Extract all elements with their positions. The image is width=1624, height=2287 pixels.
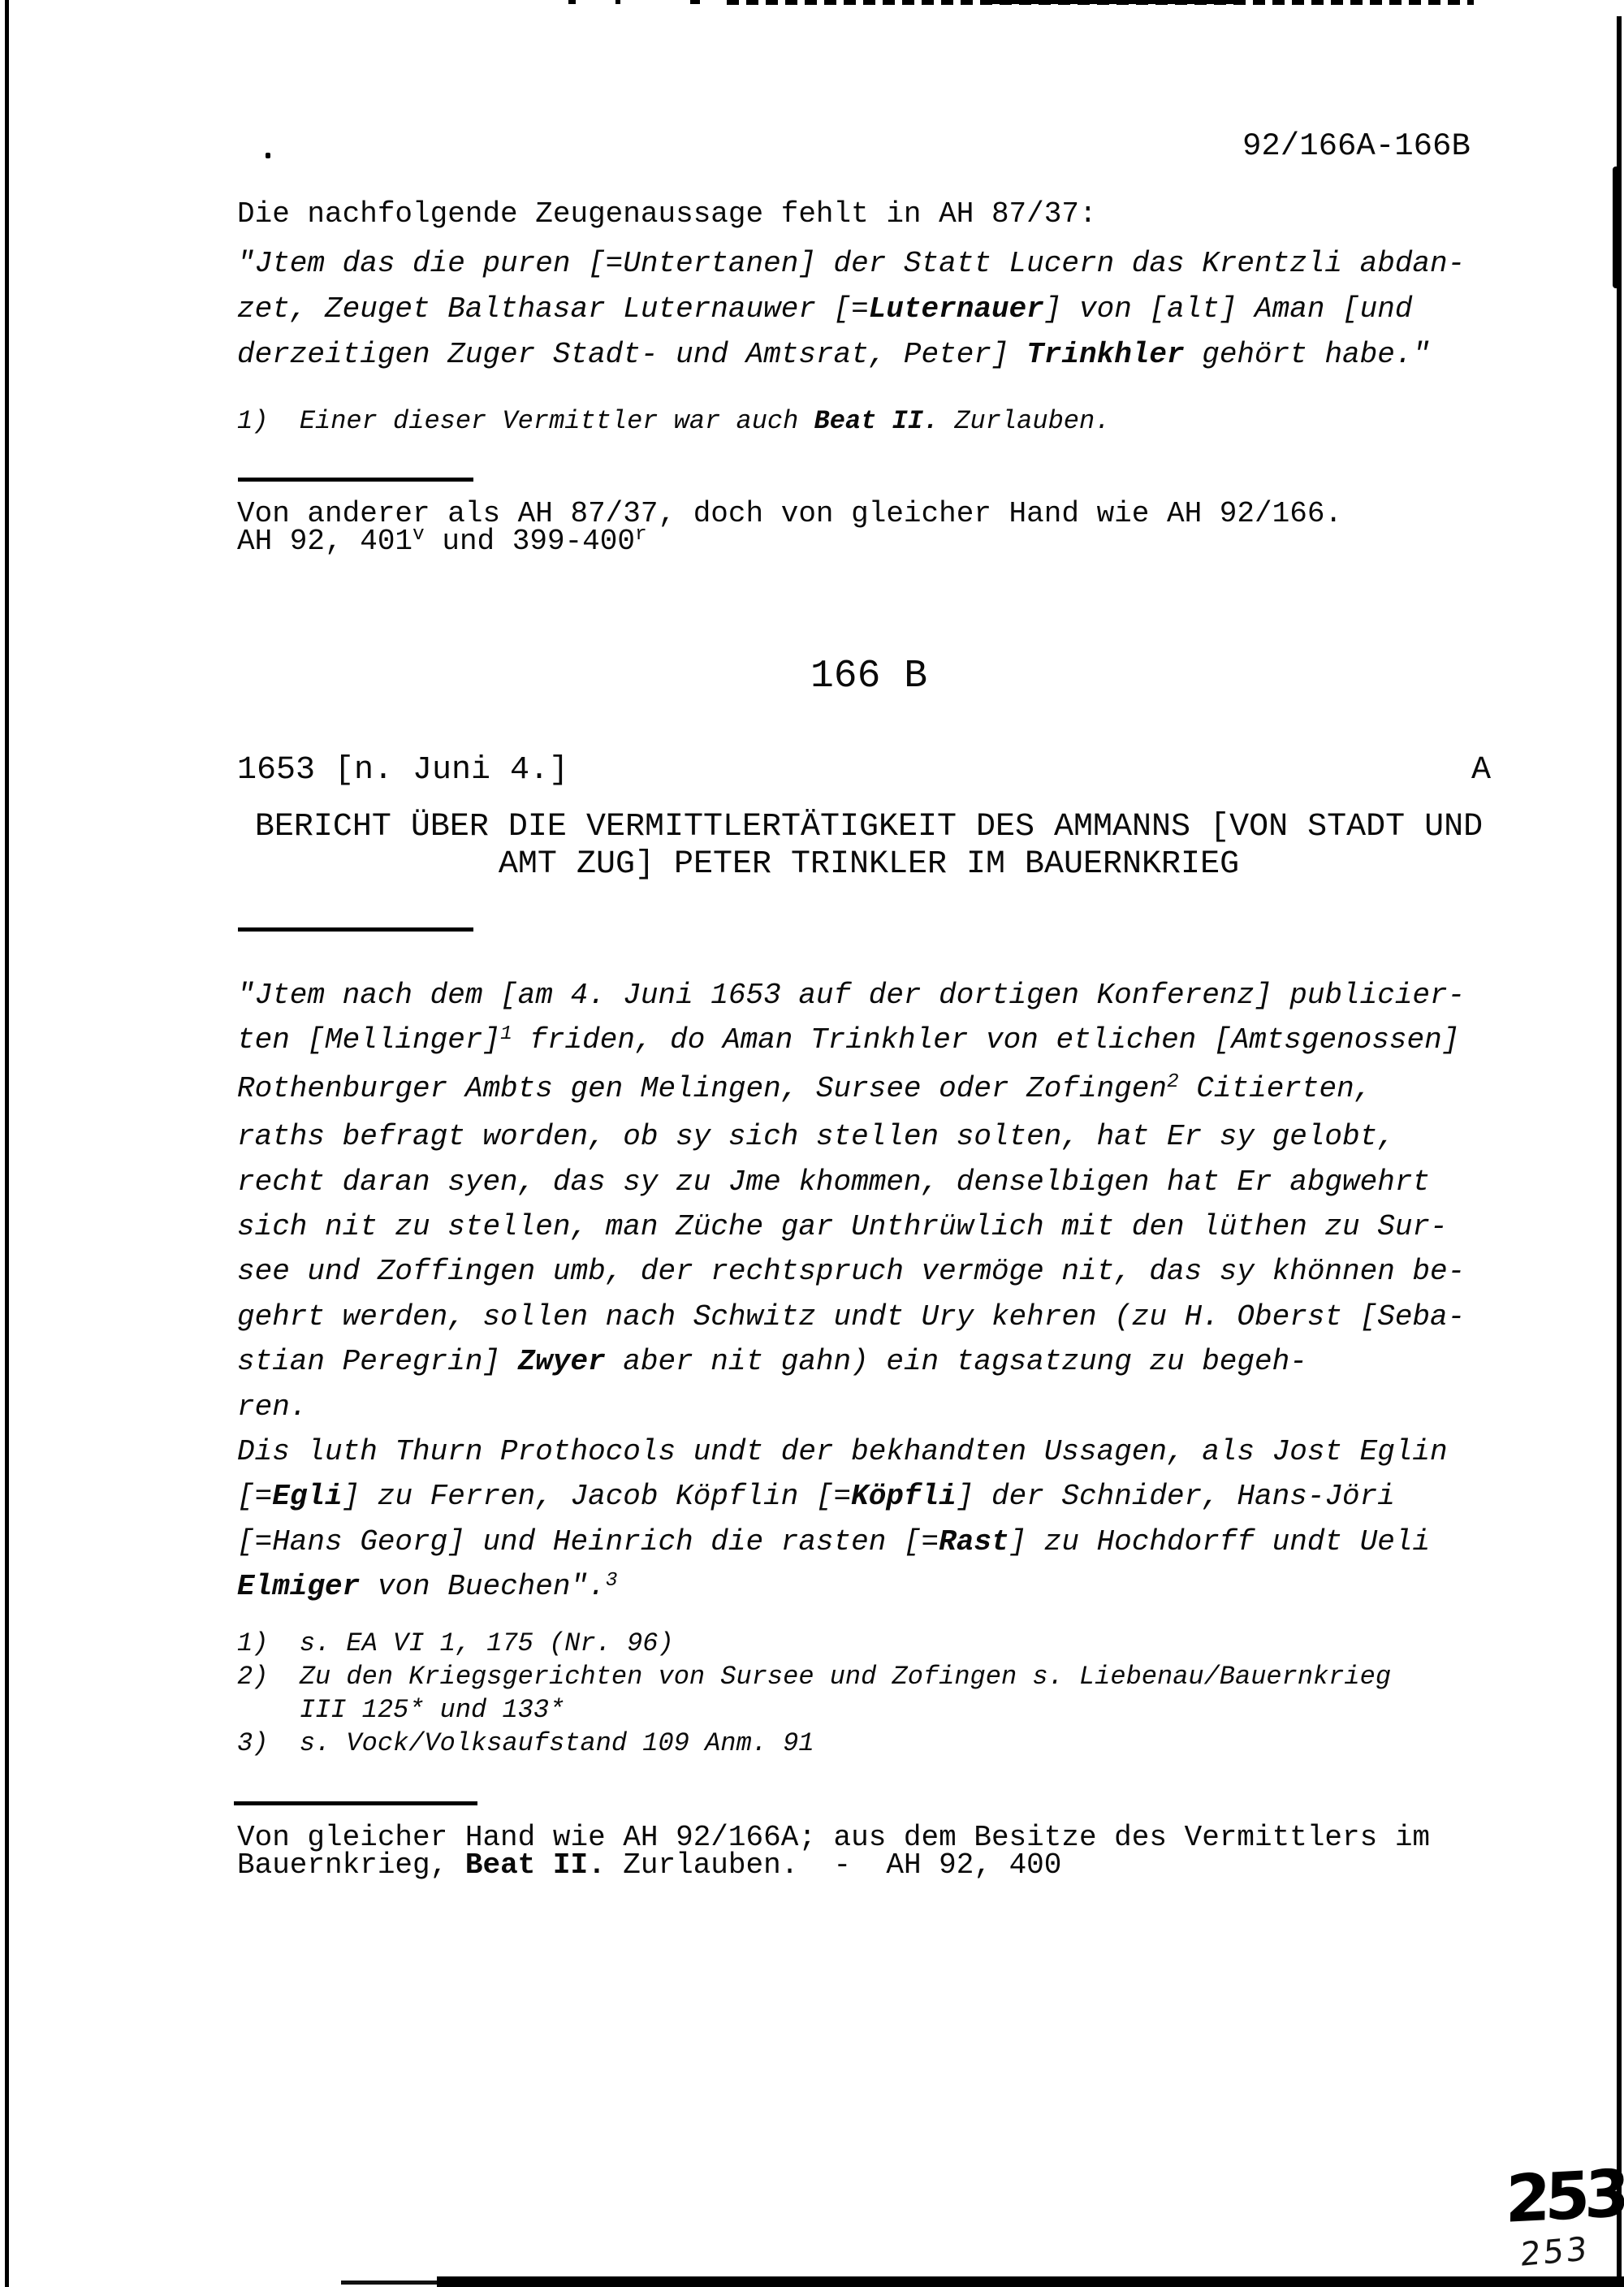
quote-b-line-14-text: von Buechen". xyxy=(360,1570,605,1603)
quote-b-line-12-text: ] der Schnider, Hans-Jöri xyxy=(957,1480,1395,1513)
quote-a-line-3: derzeitigen Zuger Stadt- und Amtsrat, Pe… xyxy=(237,332,1465,378)
name-beat-ii: Beat II. xyxy=(814,406,939,436)
folio-ref: und 399-400 xyxy=(425,525,635,558)
name-trinkhler: Trinkhler xyxy=(1026,338,1184,371)
quote-b-line-13-text: ] zu Hochdorff undt Ueli xyxy=(1009,1525,1430,1559)
footnote-ref-3: 3 xyxy=(606,1570,618,1592)
footnotes-entry-b: 1) s. EA VI 1, 175 (Nr. 96) 2) Zu den Kr… xyxy=(237,1627,1391,1760)
footnote-text: 1) Einer dieser Vermittler war auch xyxy=(237,406,814,436)
scan-edge-right-blot xyxy=(1613,166,1622,288)
footnote-separator-rule xyxy=(238,478,473,482)
archive-siglum: A xyxy=(1471,752,1491,789)
entry-title-line-2: AMT ZUG] PETER TRINKLER IM BAUERNKRIEG xyxy=(237,846,1501,884)
provenance-text: Bauernkrieg, xyxy=(237,1848,465,1882)
name-rast: Rast xyxy=(939,1525,1009,1559)
name-egli: Egli xyxy=(272,1480,342,1513)
folio-ref: AH 92, 401 xyxy=(237,525,412,558)
footnote-ref-1: 1 xyxy=(500,1023,512,1045)
page-ref: 92/166A-166B xyxy=(1242,128,1471,164)
quote-a-line-3-text: derzeitigen Zuger Stadt- und Amtsrat, Pe… xyxy=(237,338,1026,371)
quote-b-line-3-text: Citierten, xyxy=(1179,1072,1372,1105)
quote-a-line-3-text: gehört habe." xyxy=(1185,338,1430,371)
scan-edge-top-mark xyxy=(690,0,700,4)
quote-b-line-3-text: Rothenburger Ambts gen Melingen, Sursee … xyxy=(237,1072,1167,1105)
footnote-3-entry-b: 3) s. Vock/Volksaufstand 109 Anm. 91 xyxy=(237,1727,1391,1760)
quote-b-line-5: recht daran syen, das sy zu Jme khommen,… xyxy=(237,1160,1465,1204)
provenance-b-line-2: Bauernkrieg, Beat II. Zurlauben. - AH 92… xyxy=(237,1852,1430,1879)
scanned-document-page: 92/166A-166B Die nachfolgende Zeugenauss… xyxy=(0,0,1624,2287)
provenance-entry-a: Von anderer als AH 87/37, doch von gleic… xyxy=(237,500,1342,559)
entry-date: 1653 [n. Juni 4.] xyxy=(237,752,568,789)
quote-b-line-3: Rothenburger Ambts gen Melingen, Sursee … xyxy=(237,1066,1465,1114)
footnote-1-entry-a: 1) Einer dieser Vermittler war auch Beat… xyxy=(237,406,1110,436)
footnote-2-entry-b: 2) Zu den Kriegsgerichten von Sursee und… xyxy=(237,1660,1391,1693)
handwritten-page-number: 253 xyxy=(1505,2155,1624,2237)
quote-b-line-13-text: [=Hans Georg] und Heinrich die rasten [= xyxy=(237,1525,939,1559)
quote-a-line-2-text: ] von [alt] Aman [und xyxy=(1044,292,1413,326)
quote-entry-a: "Jtem das die puren [=Untertanen] der St… xyxy=(237,241,1465,378)
footnote-text: Zurlauben. xyxy=(939,406,1110,436)
entry-title-line-1: BERICHT ÜBER DIE VERMITTLERTÄTIGKEIT DES… xyxy=(237,809,1501,846)
quote-a-line-2: zet, Zeuget Balthasar Luternauwer [=Lute… xyxy=(237,287,1465,332)
provenance-entry-b: Von gleicher Hand wie AH 92/166A; aus de… xyxy=(237,1824,1430,1879)
scan-edge-top-mark xyxy=(568,0,576,4)
handwritten-page-number-pen: 253 xyxy=(1519,2230,1590,2274)
quote-b-line-12-text: [= xyxy=(237,1480,272,1513)
quote-entry-b: "Jtem nach dem [am 4. Juni 1653 auf der … xyxy=(237,973,1465,1613)
provenance-text: Zurlauben. - AH 92, 400 xyxy=(606,1848,1062,1882)
name-beat-ii: Beat II. xyxy=(465,1848,606,1882)
quote-b-line-8: gehrt werden, sollen nach Schwitz undt U… xyxy=(237,1295,1465,1339)
quote-b-line-7: see und Zoffingen umb, der rechtspruch v… xyxy=(237,1249,1465,1294)
quote-b-line-12: [=Egli] zu Ferren, Jacob Köpflin [=Köpfl… xyxy=(237,1474,1465,1519)
quote-b-line-14: Elmiger von Buechen".3 xyxy=(237,1564,1465,1612)
quote-b-line-4: raths befragt worden, ob sy sich stellen… xyxy=(237,1114,1465,1159)
quote-b-line-9-text: aber nit gahn) ein tagsatzung zu begeh- xyxy=(606,1345,1307,1378)
quote-b-line-10: ren. xyxy=(237,1385,1465,1429)
name-koepfli: Köpfli xyxy=(851,1480,957,1513)
entry-title: BERICHT ÜBER DIE VERMITTLERTÄTIGKEIT DES… xyxy=(237,809,1501,884)
provenance-a-line-2: AH 92, 401v und 399-400r xyxy=(237,528,1342,559)
quote-b-line-9-text: stian Peregrin] xyxy=(237,1345,518,1378)
quote-b-line-6: sich nit zu stellen, man Züche gar Unthr… xyxy=(237,1204,1465,1249)
scan-edge-top-solid xyxy=(985,0,1241,4)
footnote-1-entry-b: 1) s. EA VI 1, 175 (Nr. 96) xyxy=(237,1627,1391,1660)
quote-b-line-1: "Jtem nach dem [am 4. Juni 1653 auf der … xyxy=(237,973,1465,1018)
folio-recto-sup: r xyxy=(635,524,647,546)
provenance-separator-rule xyxy=(234,1801,477,1805)
scan-edge-bottom xyxy=(437,2276,1624,2287)
folio-verso-sup: v xyxy=(412,524,425,546)
name-zwyer: Zwyer xyxy=(518,1345,606,1378)
quote-a-line-2-text: zet, Zeuget Balthasar Luternauwer [= xyxy=(237,292,869,326)
quote-b-line-2-text: ten [Mellinger] xyxy=(237,1023,500,1057)
quote-b-line-11: Dis luth Thurn Prothocols undt der bekha… xyxy=(237,1429,1465,1474)
quote-b-line-12-text: ] zu Ferren, Jacob Köpflin [= xyxy=(343,1480,852,1513)
scan-edge-left xyxy=(5,0,9,2287)
name-luternauer: Luternauer xyxy=(869,292,1044,326)
quote-a-line-1: "Jtem das die puren [=Untertanen] der St… xyxy=(237,241,1465,287)
quote-b-line-2: ten [Mellinger]1 friden, do Aman Trinkhl… xyxy=(237,1018,1465,1066)
quote-b-line-9: stian Peregrin] Zwyer aber nit gahn) ein… xyxy=(237,1339,1465,1384)
scan-edge-right xyxy=(1617,16,1622,2287)
name-elmiger: Elmiger xyxy=(237,1570,360,1603)
title-separator-rule xyxy=(238,927,473,932)
provenance-a-line-1: Von anderer als AH 87/37, doch von gleic… xyxy=(237,500,1342,528)
scan-edge-top-mark xyxy=(615,0,620,4)
footnote-ref-2: 2 xyxy=(1167,1071,1179,1093)
footnote-2-entry-b-cont: III 125* und 133* xyxy=(237,1693,1391,1727)
quote-b-line-13: [=Hans Georg] und Heinrich die rasten [=… xyxy=(237,1520,1465,1564)
scan-speck xyxy=(266,153,270,158)
date-line: 1653 [n. Juni 4.]A xyxy=(237,752,1491,789)
entry-number-heading: 166 B xyxy=(237,655,1501,698)
editorial-note-line: Die nachfolgende Zeugenaussage fehlt in … xyxy=(237,197,1097,231)
scan-edge-bottom-thin xyxy=(341,2281,437,2285)
quote-b-line-2-text: friden, do Aman Trinkhler von etlichen [… xyxy=(512,1023,1460,1057)
provenance-b-line-1: Von gleicher Hand wie AH 92/166A; aus de… xyxy=(237,1824,1430,1852)
